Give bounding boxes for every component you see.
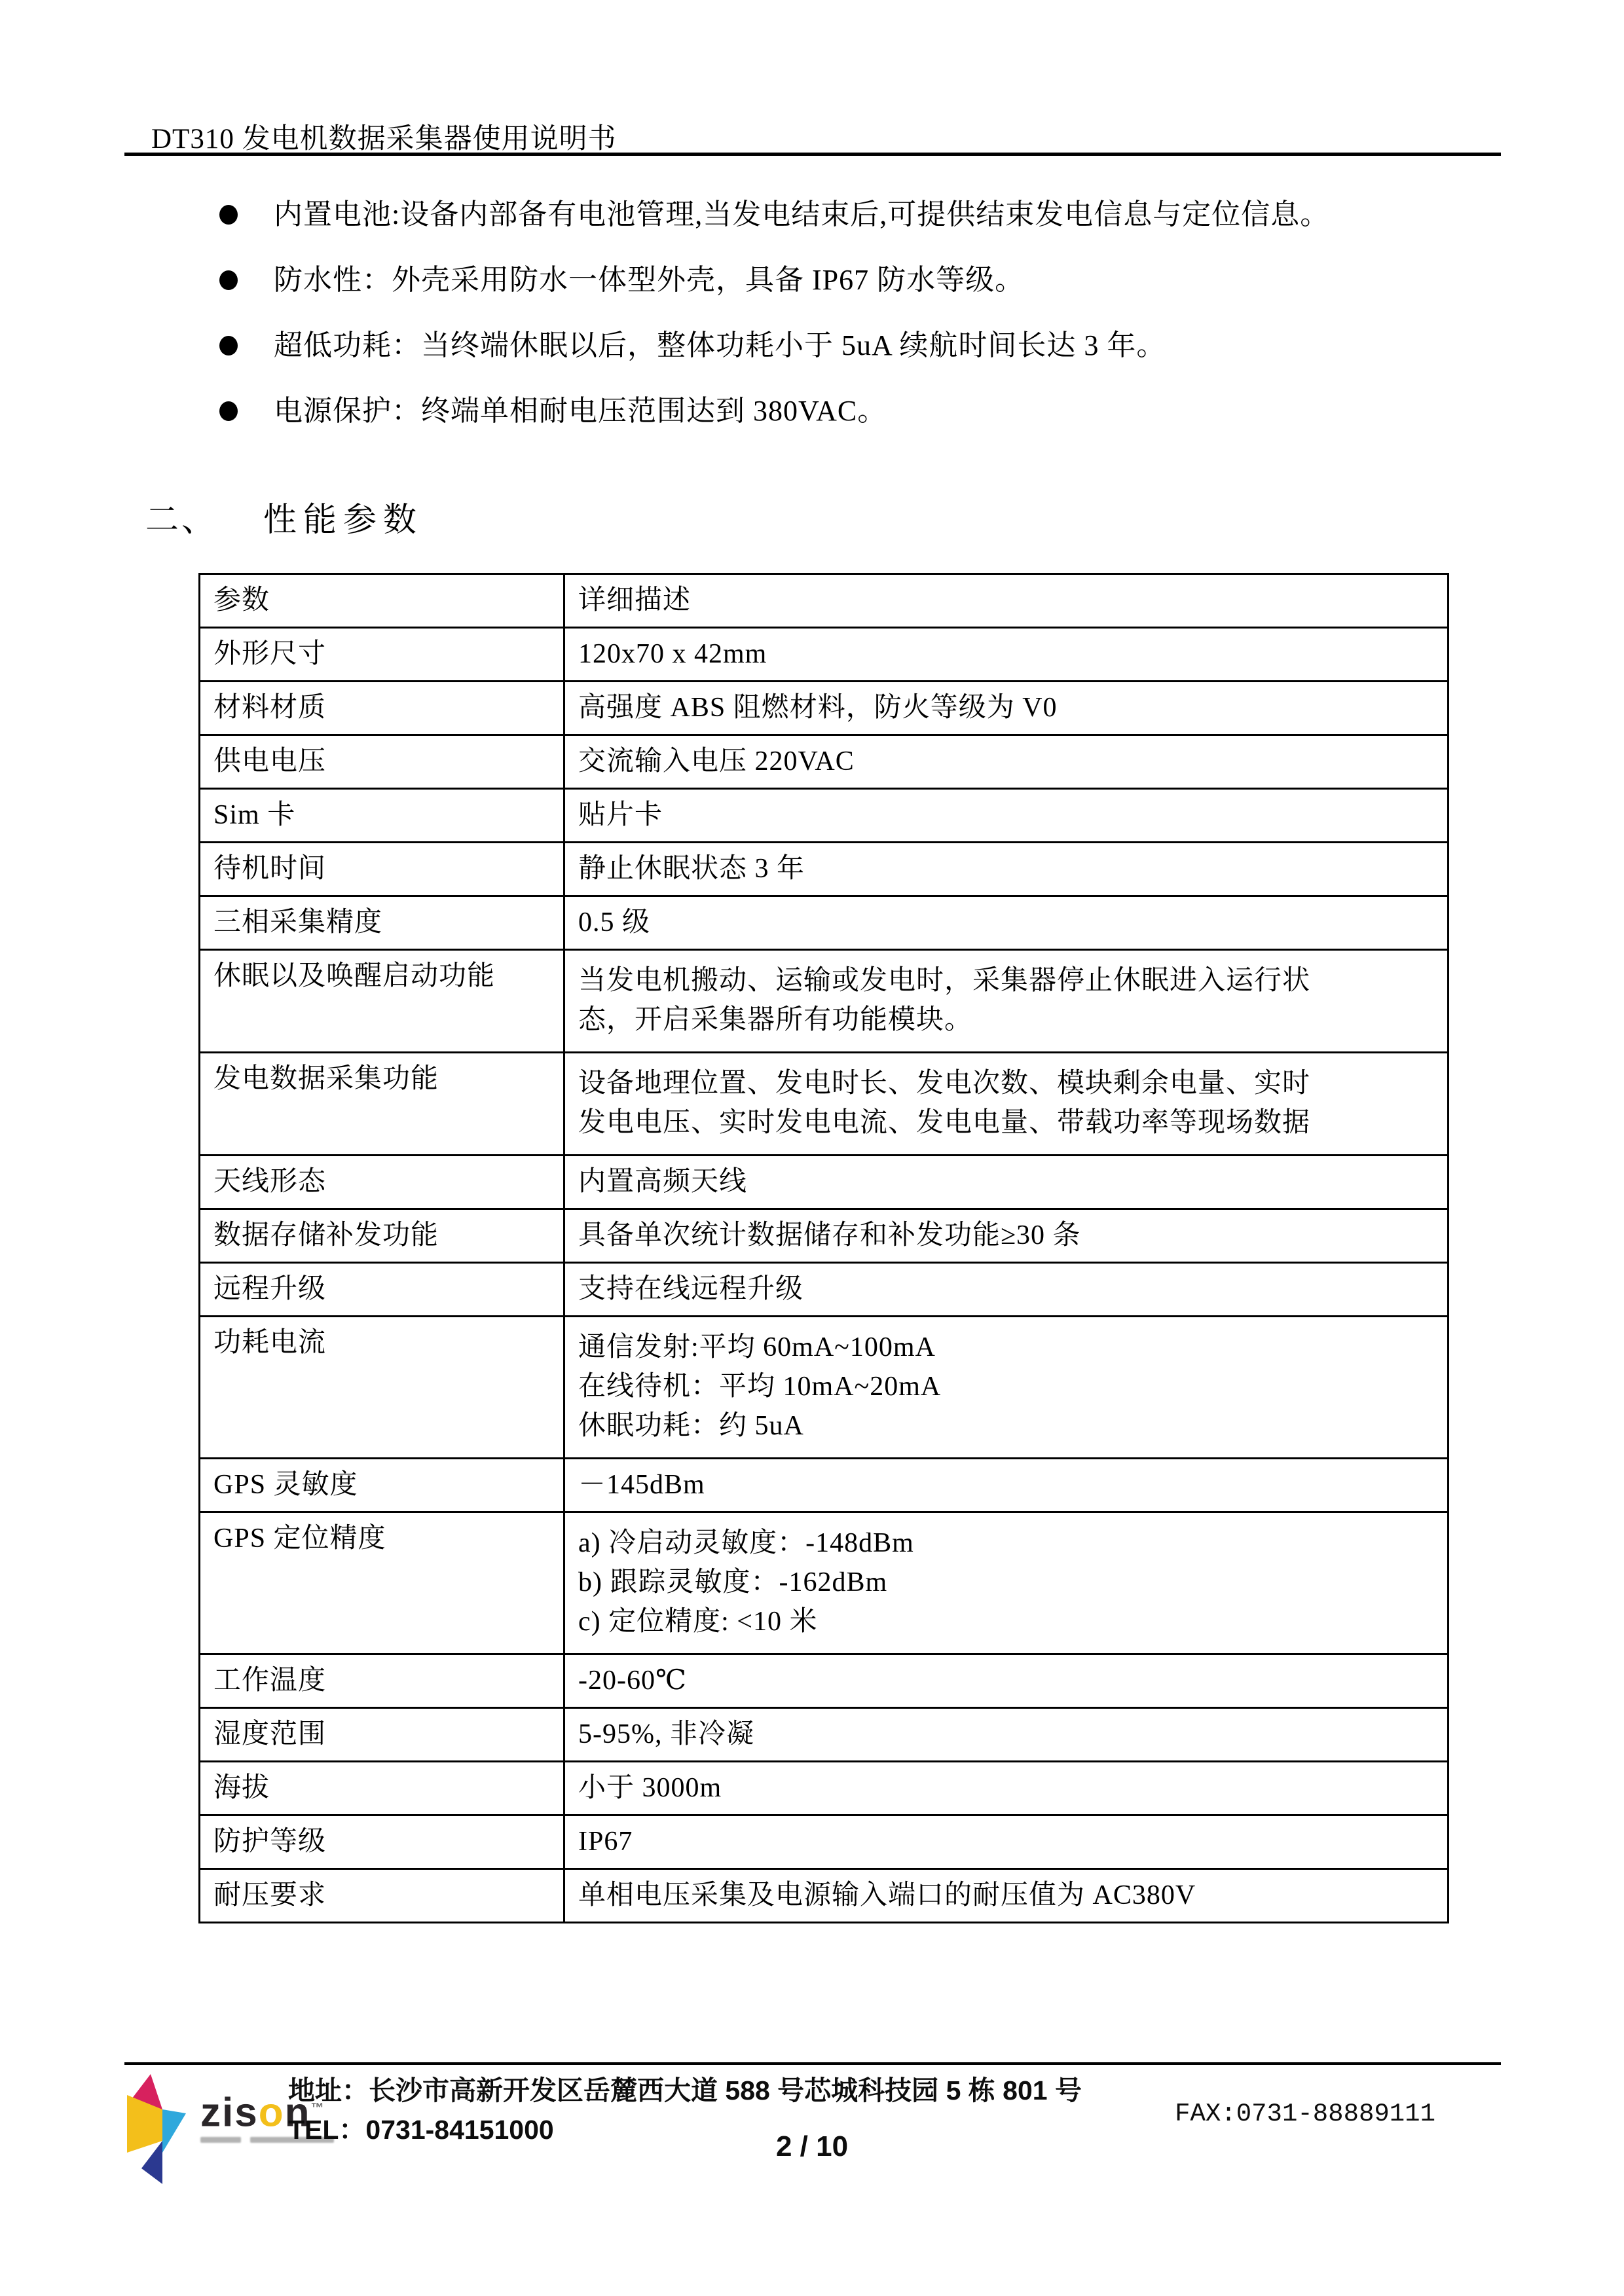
- desc-line: IP67: [578, 1822, 1434, 1861]
- desc-line: 详细描述: [578, 581, 1434, 620]
- bullet-item: 内置电池:设备内部备有电池管理,当发电结束后,可提供结束发电信息与定位信息。: [219, 198, 1329, 232]
- desc-line: 高强度 ABS 阻燃材料，防火等级为 V0: [578, 688, 1434, 727]
- desc-line: 单相电压采集及电源输入端口的耐压值为 AC380V: [578, 1876, 1434, 1915]
- desc-line: 0.5 级: [578, 903, 1434, 942]
- param-name-cell: 海拔: [200, 1762, 564, 1815]
- param-name-cell: 湿度范围: [200, 1708, 564, 1762]
- param-name-cell: 材料材质: [200, 682, 564, 735]
- table-row: 参数详细描述: [200, 574, 1449, 628]
- desc-line: 通信发射:平均 60mA~100mA: [578, 1328, 1434, 1367]
- bullet-dot-icon: [219, 205, 238, 225]
- table-row: 休眠以及唤醒启动功能当发电机搬动、运输或发电时，采集器停止休眠进入运行状态，开启…: [200, 950, 1449, 1053]
- param-name-cell: 远程升级: [200, 1263, 564, 1317]
- param-name-cell: 三相采集精度: [200, 896, 564, 950]
- param-name-cell: 发电数据采集功能: [200, 1053, 564, 1156]
- desc-line: 设备地理位置、发电时长、发电次数、模块剩余电量、实时: [578, 1064, 1434, 1103]
- desc-line: －145dBm: [578, 1465, 1434, 1504]
- desc-line: -20-60℃: [578, 1661, 1434, 1700]
- param-name-cell: 防护等级: [200, 1815, 564, 1869]
- param-desc-cell: 单相电压采集及电源输入端口的耐压值为 AC380V: [564, 1869, 1449, 1923]
- param-desc-cell: 小于 3000m: [564, 1762, 1449, 1815]
- param-desc-cell: 贴片卡: [564, 789, 1449, 843]
- table-row: 工作温度-20-60℃: [200, 1654, 1449, 1708]
- param-desc-cell: 5-95%, 非冷凝: [564, 1708, 1449, 1762]
- table-row: 待机时间静止休眠状态 3 年: [200, 843, 1449, 896]
- param-name-cell: 天线形态: [200, 1156, 564, 1209]
- bullet-dot-icon: [219, 270, 238, 290]
- param-name-cell: 待机时间: [200, 843, 564, 896]
- param-desc-cell: 0.5 级: [564, 896, 1449, 950]
- desc-line: 支持在线远程升级: [578, 1269, 1434, 1309]
- performance-parameters-table: 参数详细描述外形尺寸120x70 x 42mm材料材质高强度 ABS 阻燃材料，…: [198, 573, 1449, 1923]
- footer-fax: FAX:0731-88889111: [1175, 2100, 1435, 2128]
- param-desc-cell: a) 冷启动灵敏度：-148dBmb) 跟踪灵敏度：-162dBmc) 定位精度…: [564, 1512, 1449, 1654]
- table-row: 供电电压交流输入电压 220VAC: [200, 735, 1449, 789]
- header-rule: [124, 153, 1501, 156]
- section-numeral: 二、: [145, 502, 217, 539]
- bullet-item: 防水性：外壳采用防水一体型外壳，具备 IP67 防水等级。: [219, 263, 1329, 297]
- desc-line: 5-95%, 非冷凝: [578, 1715, 1434, 1754]
- desc-line: 贴片卡: [578, 795, 1434, 835]
- bullet-text: 防水性：外壳采用防水一体型外壳，具备 IP67 防水等级。: [274, 263, 1024, 297]
- param-desc-cell: -20-60℃: [564, 1654, 1449, 1708]
- bullet-text: 内置电池:设备内部备有电池管理,当发电结束后,可提供结束发电信息与定位信息。: [274, 198, 1329, 232]
- bullet-item: 电源保护：终端单相耐电压范围达到 380VAC。: [219, 394, 1329, 428]
- zison-logo-icon: [124, 2073, 190, 2185]
- desc-line: 交流输入电压 220VAC: [578, 742, 1434, 781]
- desc-line: 休眠功耗：约 5uA: [578, 1406, 1434, 1446]
- params-table-body: 参数详细描述外形尺寸120x70 x 42mm材料材质高强度 ABS 阻燃材料，…: [200, 574, 1449, 1923]
- table-row: GPS 定位精度a) 冷启动灵敏度：-148dBmb) 跟踪灵敏度：-162dB…: [200, 1512, 1449, 1654]
- param-desc-cell: 当发电机搬动、运输或发电时，采集器停止休眠进入运行状态，开启采集器所有功能模块。: [564, 950, 1449, 1053]
- param-desc-cell: 120x70 x 42mm: [564, 628, 1449, 682]
- param-name-cell: 休眠以及唤醒启动功能: [200, 950, 564, 1053]
- param-desc-cell: 静止休眠状态 3 年: [564, 843, 1449, 896]
- table-row: 功耗电流通信发射:平均 60mA~100mA在线待机：平均 10mA~20mA休…: [200, 1317, 1449, 1459]
- table-row: 海拔小于 3000m: [200, 1762, 1449, 1815]
- desc-line: 小于 3000m: [578, 1768, 1434, 1808]
- table-row: GPS 灵敏度－145dBm: [200, 1459, 1449, 1512]
- desc-line: 静止休眠状态 3 年: [578, 849, 1434, 888]
- section-title: 性能参数: [263, 502, 423, 539]
- feature-bullet-list: 内置电池:设备内部备有电池管理,当发电结束后,可提供结束发电信息与定位信息。 防…: [219, 198, 1329, 460]
- param-name-cell: GPS 定位精度: [200, 1512, 564, 1654]
- table-row: 三相采集精度0.5 级: [200, 896, 1449, 950]
- param-name-cell: 数据存储补发功能: [200, 1209, 564, 1263]
- table-row: 湿度范围5-95%, 非冷凝: [200, 1708, 1449, 1762]
- document-title: DT310 发电机数据采集器使用说明书: [151, 117, 617, 156]
- table-row: Sim 卡贴片卡: [200, 789, 1449, 843]
- bullet-dot-icon: [219, 336, 238, 355]
- desc-line: a) 冷启动灵敏度：-148dBm: [578, 1523, 1434, 1563]
- document-page: DT310 发电机数据采集器使用说明书 内置电池:设备内部备有电池管理,当发电结…: [0, 0, 1624, 2296]
- param-desc-cell: 内置高频天线: [564, 1156, 1449, 1209]
- param-name-cell: 耐压要求: [200, 1869, 564, 1923]
- param-name-cell: 供电电压: [200, 735, 564, 789]
- desc-line: 内置高频天线: [578, 1162, 1434, 1201]
- desc-line: b) 跟踪灵敏度：-162dBm: [578, 1563, 1434, 1602]
- page-number: 2 / 10: [0, 2130, 1624, 2163]
- param-name-cell: Sim 卡: [200, 789, 564, 843]
- desc-line: 态，开启采集器所有功能模块。: [578, 1000, 1434, 1040]
- table-row: 材料材质高强度 ABS 阻燃材料，防火等级为 V0: [200, 682, 1449, 735]
- param-desc-cell: 设备地理位置、发电时长、发电次数、模块剩余电量、实时发电电压、实时发电电流、发电…: [564, 1053, 1449, 1156]
- param-desc-cell: 高强度 ABS 阻燃材料，防火等级为 V0: [564, 682, 1449, 735]
- param-desc-cell: 具备单次统计数据储存和补发功能≥30 条: [564, 1209, 1449, 1263]
- table-row: 发电数据采集功能设备地理位置、发电时长、发电次数、模块剩余电量、实时发电电压、实…: [200, 1053, 1449, 1156]
- bullet-dot-icon: [219, 401, 238, 421]
- footer-rule: [124, 2062, 1501, 2065]
- footer-address: 地址：长沙市高新开发区岳麓西大道 588 号芯城科技园 5 栋 801 号: [288, 2069, 1082, 2107]
- table-row: 防护等级IP67: [200, 1815, 1449, 1869]
- table-row: 天线形态内置高频天线: [200, 1156, 1449, 1209]
- bullet-text: 超低功耗：当终端休眠以后，整体功耗小于 5uA 续航时间长达 3 年。: [274, 329, 1166, 363]
- desc-line: c) 定位精度: <10 米: [578, 1602, 1434, 1641]
- param-name-cell: 工作温度: [200, 1654, 564, 1708]
- section-heading: 二、性能参数: [145, 492, 423, 541]
- param-name-cell: 功耗电流: [200, 1317, 564, 1459]
- param-desc-cell: 交流输入电压 220VAC: [564, 735, 1449, 789]
- bullet-text: 电源保护：终端单相耐电压范围达到 380VAC。: [274, 394, 887, 428]
- desc-line: 具备单次统计数据储存和补发功能≥30 条: [578, 1216, 1434, 1255]
- param-name-cell: 参数: [200, 574, 564, 628]
- table-row: 外形尺寸120x70 x 42mm: [200, 628, 1449, 682]
- desc-line: 在线待机：平均 10mA~20mA: [578, 1367, 1434, 1406]
- param-name-cell: GPS 灵敏度: [200, 1459, 564, 1512]
- param-desc-cell: IP67: [564, 1815, 1449, 1869]
- param-desc-cell: 支持在线远程升级: [564, 1263, 1449, 1317]
- table-row: 耐压要求单相电压采集及电源输入端口的耐压值为 AC380V: [200, 1869, 1449, 1923]
- param-desc-cell: 通信发射:平均 60mA~100mA在线待机：平均 10mA~20mA休眠功耗：…: [564, 1317, 1449, 1459]
- param-desc-cell: 详细描述: [564, 574, 1449, 628]
- bullet-item: 超低功耗：当终端休眠以后，整体功耗小于 5uA 续航时间长达 3 年。: [219, 329, 1329, 363]
- desc-line: 120x70 x 42mm: [578, 634, 1434, 674]
- param-name-cell: 外形尺寸: [200, 628, 564, 682]
- param-desc-cell: －145dBm: [564, 1459, 1449, 1512]
- table-row: 远程升级支持在线远程升级: [200, 1263, 1449, 1317]
- table-row: 数据存储补发功能具备单次统计数据储存和补发功能≥30 条: [200, 1209, 1449, 1263]
- desc-line: 发电电压、实时发电电流、发电电量、带载功率等现场数据: [578, 1103, 1434, 1142]
- desc-line: 当发电机搬动、运输或发电时，采集器停止休眠进入运行状: [578, 961, 1434, 1000]
